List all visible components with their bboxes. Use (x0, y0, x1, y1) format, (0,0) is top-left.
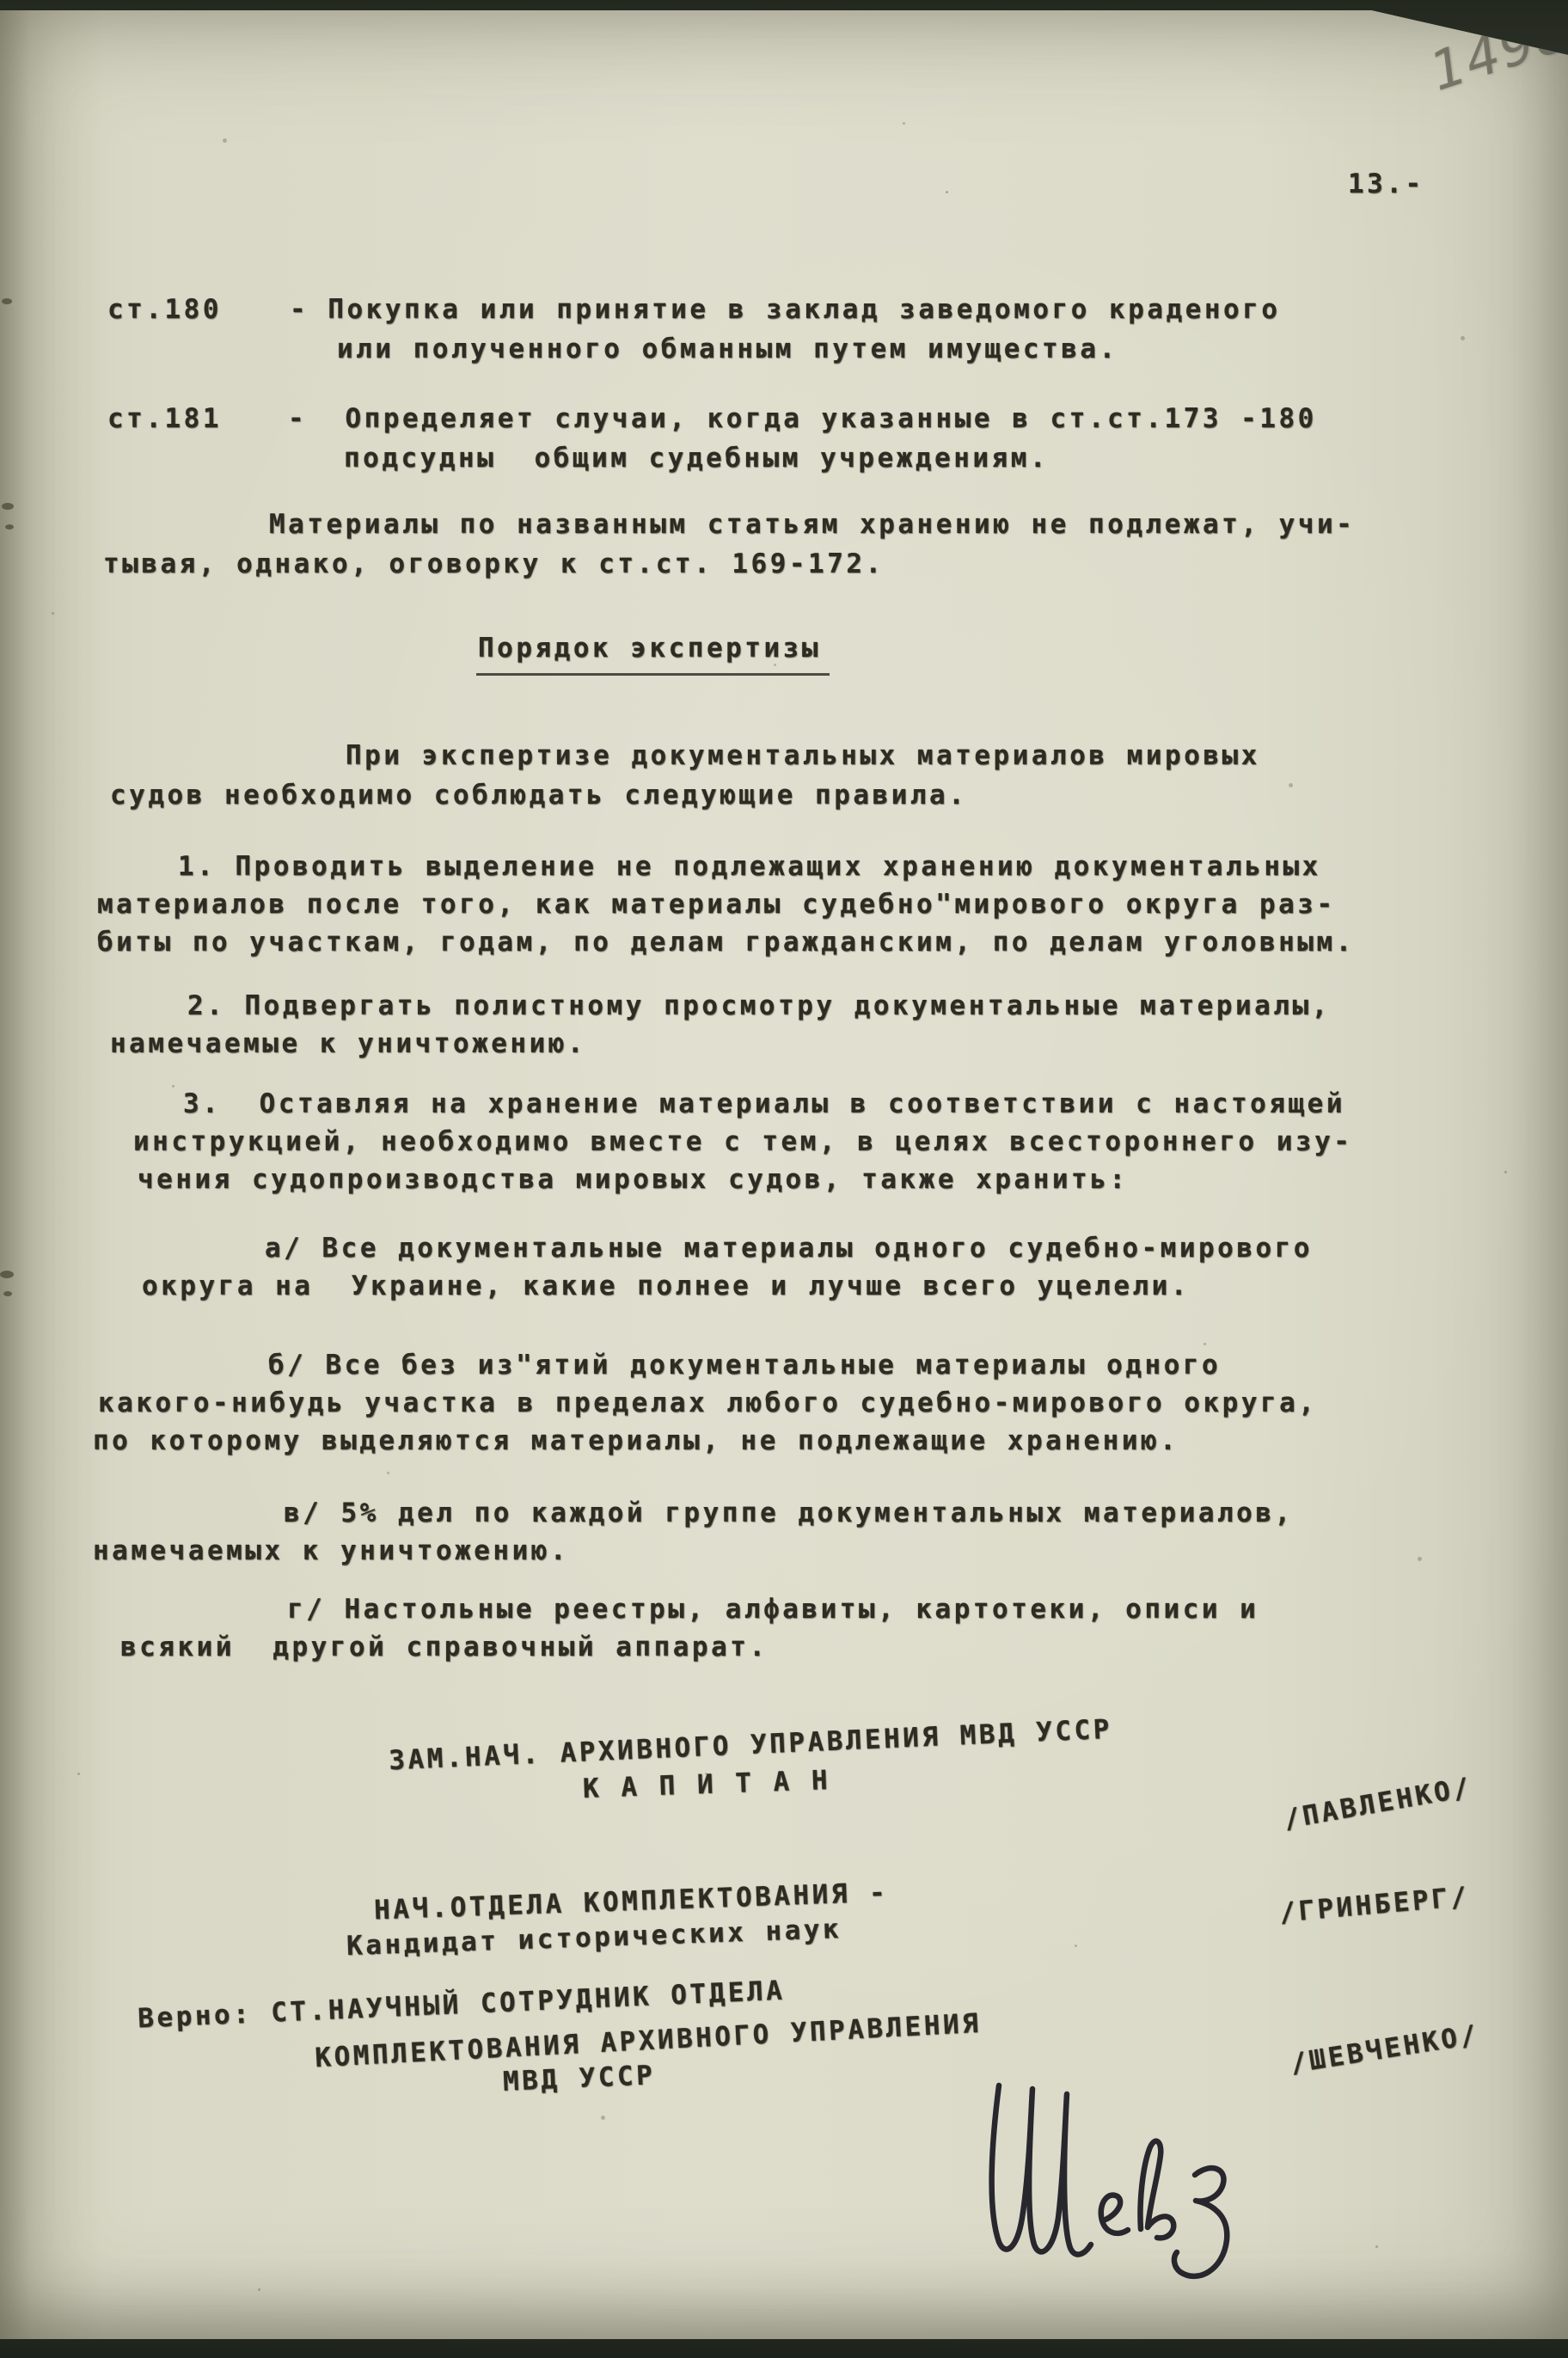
rule-3-line: инструкцией, необходимо вместе с тем, в … (133, 1124, 1352, 1159)
binding-mark (0, 1271, 14, 1278)
intro-line: При экспертизе документальных материалов… (346, 738, 1260, 773)
document-scan: 1498 13.- ст.180 - Покупка или принятие … (0, 0, 1568, 2358)
subitem-g-line: всякий другой справочный аппарат. (120, 1630, 769, 1664)
subitem-b-line: б/ Все без из"ятий документальные матери… (268, 1348, 1221, 1382)
rule-2-line: 2. Подвергать полистному просмотру докум… (187, 989, 1331, 1023)
article-180-line: - Покупка или принятие в заклад заведомо… (290, 292, 1281, 327)
article-181-line: - Определяет случаи, когда указанные в с… (288, 401, 1317, 436)
subitem-v-line: в/ 5% дел по каждой группе документальны… (284, 1496, 1294, 1530)
page-number: 13.- (1348, 167, 1424, 201)
binding-mark (5, 524, 14, 530)
document-page: 1498 13.- ст.180 - Покупка или принятие … (0, 10, 1568, 2339)
article-181-line: подсудны общим судебным учреждениям. (344, 441, 1049, 475)
signature-1-rank: К А П И Т А Н (582, 1763, 830, 1806)
subitem-g-line: г/ Настольные реестры, алфавиты, картоте… (287, 1592, 1259, 1626)
rule-1-line: биты по участкам, годам, по делам гражда… (97, 925, 1355, 959)
rule-2-line: намечаемые к уничтожению. (110, 1026, 586, 1061)
article-181-label: ст.181 (107, 401, 222, 436)
handwritten-signature (970, 2072, 1296, 2295)
signature-2-name: /ГРИНБЕРГ/ (1278, 1879, 1471, 1930)
signature-1-name: /ПАВЛЕНКО/ (1281, 1770, 1474, 1837)
article-180-line: или полученного обманным путем имущества… (337, 332, 1118, 366)
paper-speckles (0, 10, 3, 13)
section-heading: Порядок экспертизы (476, 631, 830, 676)
paragraph-materials-line: Материалы по названным статьям хранению … (269, 507, 1355, 542)
intro-line: судов необходимо соблюдать следующие пра… (110, 778, 967, 812)
subitem-b-line: какого-нибудь участка в пределах любого … (98, 1386, 1317, 1420)
rule-1-line: 1. Проводить выделение не подлежащих хра… (178, 849, 1321, 884)
subitem-a-line: а/ Все документальные материалы одного с… (265, 1231, 1313, 1265)
rule-3-line: чения судопроизводства мировых судов, та… (138, 1162, 1129, 1197)
subitem-a-line: округа на Украине, какие полнее и лучше … (142, 1269, 1190, 1303)
subitem-v-line: намечаемых к уничтожению. (93, 1534, 569, 1568)
rule-1-line: материалов после того, как материалы суд… (97, 887, 1336, 922)
rule-3-line: 3. Оставляя на хранение материалы в соот… (183, 1087, 1345, 1121)
certification-line: МВД УССР (502, 2058, 656, 2099)
signature-stroke (992, 2085, 1228, 2276)
pencil-page-number: 1498 (1424, 5, 1568, 98)
paragraph-materials-line: тывая, однако, оговорку к ст.ст. 169-172… (103, 547, 885, 581)
article-180-label: ст.180 (107, 292, 222, 327)
binding-mark (3, 1291, 12, 1296)
binding-mark (2, 503, 14, 510)
signature-3-name: /ШЕВЧЕНКО/ (1288, 2018, 1481, 2081)
binding-mark (2, 298, 12, 304)
subitem-b-line: по которому выделяются материалы, не под… (93, 1424, 1179, 1458)
